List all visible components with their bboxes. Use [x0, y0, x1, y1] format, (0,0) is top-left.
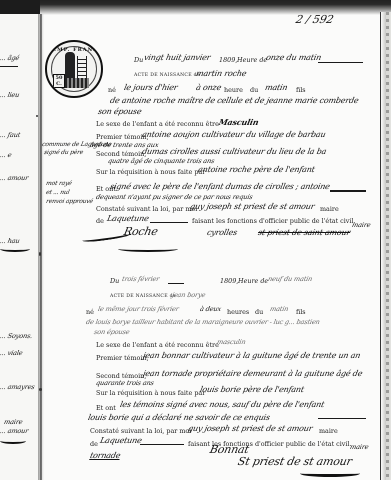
sex-label: Le sexe de l'enfant a été reconnu être	[96, 121, 219, 127]
signed-label: Et ont	[96, 405, 116, 411]
witness2-value-cont: quarante trois ans	[95, 380, 154, 387]
fill-rule	[140, 444, 184, 445]
left-fragment: ... amour	[0, 175, 29, 182]
signed-value: les témoins signé avec nous, sauf du pèr…	[119, 401, 325, 409]
left-fragment: ... amayres	[0, 384, 35, 391]
ink-speck	[39, 252, 41, 256]
signature-mayor: St priest de st amour	[237, 456, 353, 467]
date-prefix: Du	[110, 278, 119, 284]
birth-at: à onze	[195, 84, 222, 92]
commune-prefix: de	[96, 218, 104, 224]
left-fragment: ... faut	[0, 132, 21, 139]
date-day-month: trois février	[121, 276, 160, 283]
signature-witness-2: Bonnat	[209, 444, 250, 455]
left-fragment: ... viale	[0, 350, 23, 357]
stamp-value: 50 C.	[53, 74, 65, 88]
date-year: 1809,	[220, 278, 238, 284]
sex-label: Le sexe de l'enfant a été reconnu être	[96, 342, 219, 348]
born-label: né	[108, 87, 116, 93]
left-fragment: ... Soyons.	[0, 333, 33, 340]
left-flourish	[0, 246, 30, 252]
birth-at: à deux	[199, 306, 221, 313]
witness1-value: jean bonnar cultivateur à la guitune âgé…	[142, 352, 361, 360]
commune-prefix: de	[90, 441, 98, 447]
witness2-value: jean tornade propriétaire demeurant à la…	[142, 370, 363, 378]
left-fragment: ... amour	[0, 428, 29, 435]
witness1-label: Premier témoin,	[96, 355, 149, 361]
birth-day: le même jour trois février	[97, 306, 179, 313]
hour-value: onze du matin	[265, 54, 322, 62]
parents-cont: son épouse	[97, 108, 142, 116]
margin-note: renvoi approuvé	[45, 199, 93, 205]
ink-speck	[36, 115, 38, 117]
child-name: martin roche	[195, 70, 247, 78]
signature-flourish	[300, 470, 360, 477]
date-day-month: vingt huit janvier	[143, 54, 211, 62]
requisition-value: antoine roche père de l'enfant	[197, 166, 315, 174]
signed-value-cont: dequeant n'ayant pu signer de ce par nou…	[95, 194, 253, 201]
officer-name: guy joseph st priest de st amour	[189, 203, 315, 211]
signature-mayor-title: maire	[351, 222, 371, 229]
signature-witness: cyrolles	[206, 229, 238, 237]
requisition-value: louis borie père de l'enfant	[199, 386, 305, 394]
birth-period: matin	[269, 306, 289, 313]
act-header-label: ACTE DE NAISSANCE de	[134, 74, 200, 79]
margin-note: signé du père	[43, 150, 83, 156]
witness2-value-cont: quatre âgé de cinquante trois ans	[107, 158, 215, 165]
hour-label-2: heure	[224, 87, 243, 93]
date-year: 1809,	[219, 57, 237, 63]
child-name: jean borye	[171, 292, 206, 299]
son-label: fils	[296, 87, 306, 93]
du-label: du	[250, 87, 258, 93]
du-label: du	[255, 309, 263, 315]
parents: de louis borye tailleur habitant de la m…	[85, 319, 320, 326]
hour-value: neuf du matin	[267, 276, 312, 283]
left-fragment: ... lieu	[0, 92, 20, 99]
fill-rule	[330, 190, 366, 192]
signature-father: Roche	[123, 226, 159, 237]
left-fragment: maire	[3, 419, 23, 426]
ink-speck	[39, 388, 42, 391]
margin-note: mot rayé	[45, 181, 72, 187]
margin-note: commune de Laguetune	[41, 142, 112, 148]
birth-day: le jours d'hier	[123, 84, 178, 92]
date-prefix: Du	[134, 57, 143, 63]
commune-name: Laquetune	[99, 437, 142, 445]
fill-rule	[150, 222, 188, 223]
parents: de antoine roche maître de cellule et de…	[109, 97, 359, 105]
sex-value: masculin	[216, 339, 246, 346]
act-header-label: ACTE DE NAISSANCE de	[110, 295, 176, 300]
signed-value: signé avec le père de l'enfant dumas de …	[109, 183, 330, 191]
left-fragment: ... âgé	[0, 55, 20, 62]
left-fragment: ... e	[0, 152, 12, 159]
signature-flourish	[118, 246, 178, 252]
margin-note: et ... nul	[45, 190, 69, 196]
register-page: ... âgé ... lieu ... faut ... e ... amou…	[0, 0, 391, 480]
stamp-base-icon	[61, 78, 89, 88]
requisition-label: Sur la réquisition à nous faite par	[96, 390, 205, 396]
signature-witness: tornade	[89, 452, 121, 460]
witness2-value: dumas cirolles aussi cultivateur du lieu…	[141, 148, 327, 156]
folio-number: 2 / 592	[295, 14, 335, 25]
witness1-value: antoine aoujon cultivateur du village de…	[141, 131, 326, 139]
signature-mayor-title: maire	[349, 444, 369, 451]
requisition-label: Sur la réquisition à nous faite par	[96, 169, 205, 175]
birth-period: matin	[264, 84, 288, 92]
fill-rule	[318, 62, 363, 63]
gutter-shadow	[38, 14, 44, 480]
office-label: faisant les fonctions d'officier public …	[192, 218, 356, 224]
maire-label: maire	[320, 206, 339, 212]
stamp-legend: EMP. FRAN.	[47, 47, 101, 53]
hour-label: Heure de	[237, 57, 267, 63]
born-label: né	[86, 309, 94, 315]
hour-label: Heure de	[238, 278, 268, 284]
certified-label: Constaté suivant la loi, par moi	[90, 428, 191, 434]
certified-label: Constaté suivant la loi, par moi	[96, 206, 197, 212]
fill-rule	[168, 283, 184, 284]
hour-label-2: heures	[227, 309, 249, 315]
page-right-edge	[380, 12, 391, 480]
sex-value: Masculin	[218, 118, 259, 126]
left-flourish	[0, 438, 26, 444]
parents-cont: son épouse	[93, 329, 130, 336]
tax-stamp: EMP. FRAN. 50 C.	[45, 40, 103, 98]
left-rule	[0, 66, 18, 67]
left-facing-page: ... âgé ... lieu ... faut ... e ... amou…	[0, 14, 42, 480]
signed-value-cont: louis borie qui a déclaré ne savoir de c…	[87, 414, 270, 422]
commune-name: Laquetune	[106, 215, 149, 223]
stamp-ladder-icon	[77, 56, 87, 78]
officer-name: guy joseph st priest de st amour	[187, 425, 313, 433]
son-label: fils	[296, 309, 306, 315]
maire-label: maire	[319, 428, 338, 434]
fill-rule	[318, 418, 366, 419]
left-fragment: ... hau	[0, 238, 20, 245]
signature-mayor: st priest de saint amour	[257, 229, 351, 237]
